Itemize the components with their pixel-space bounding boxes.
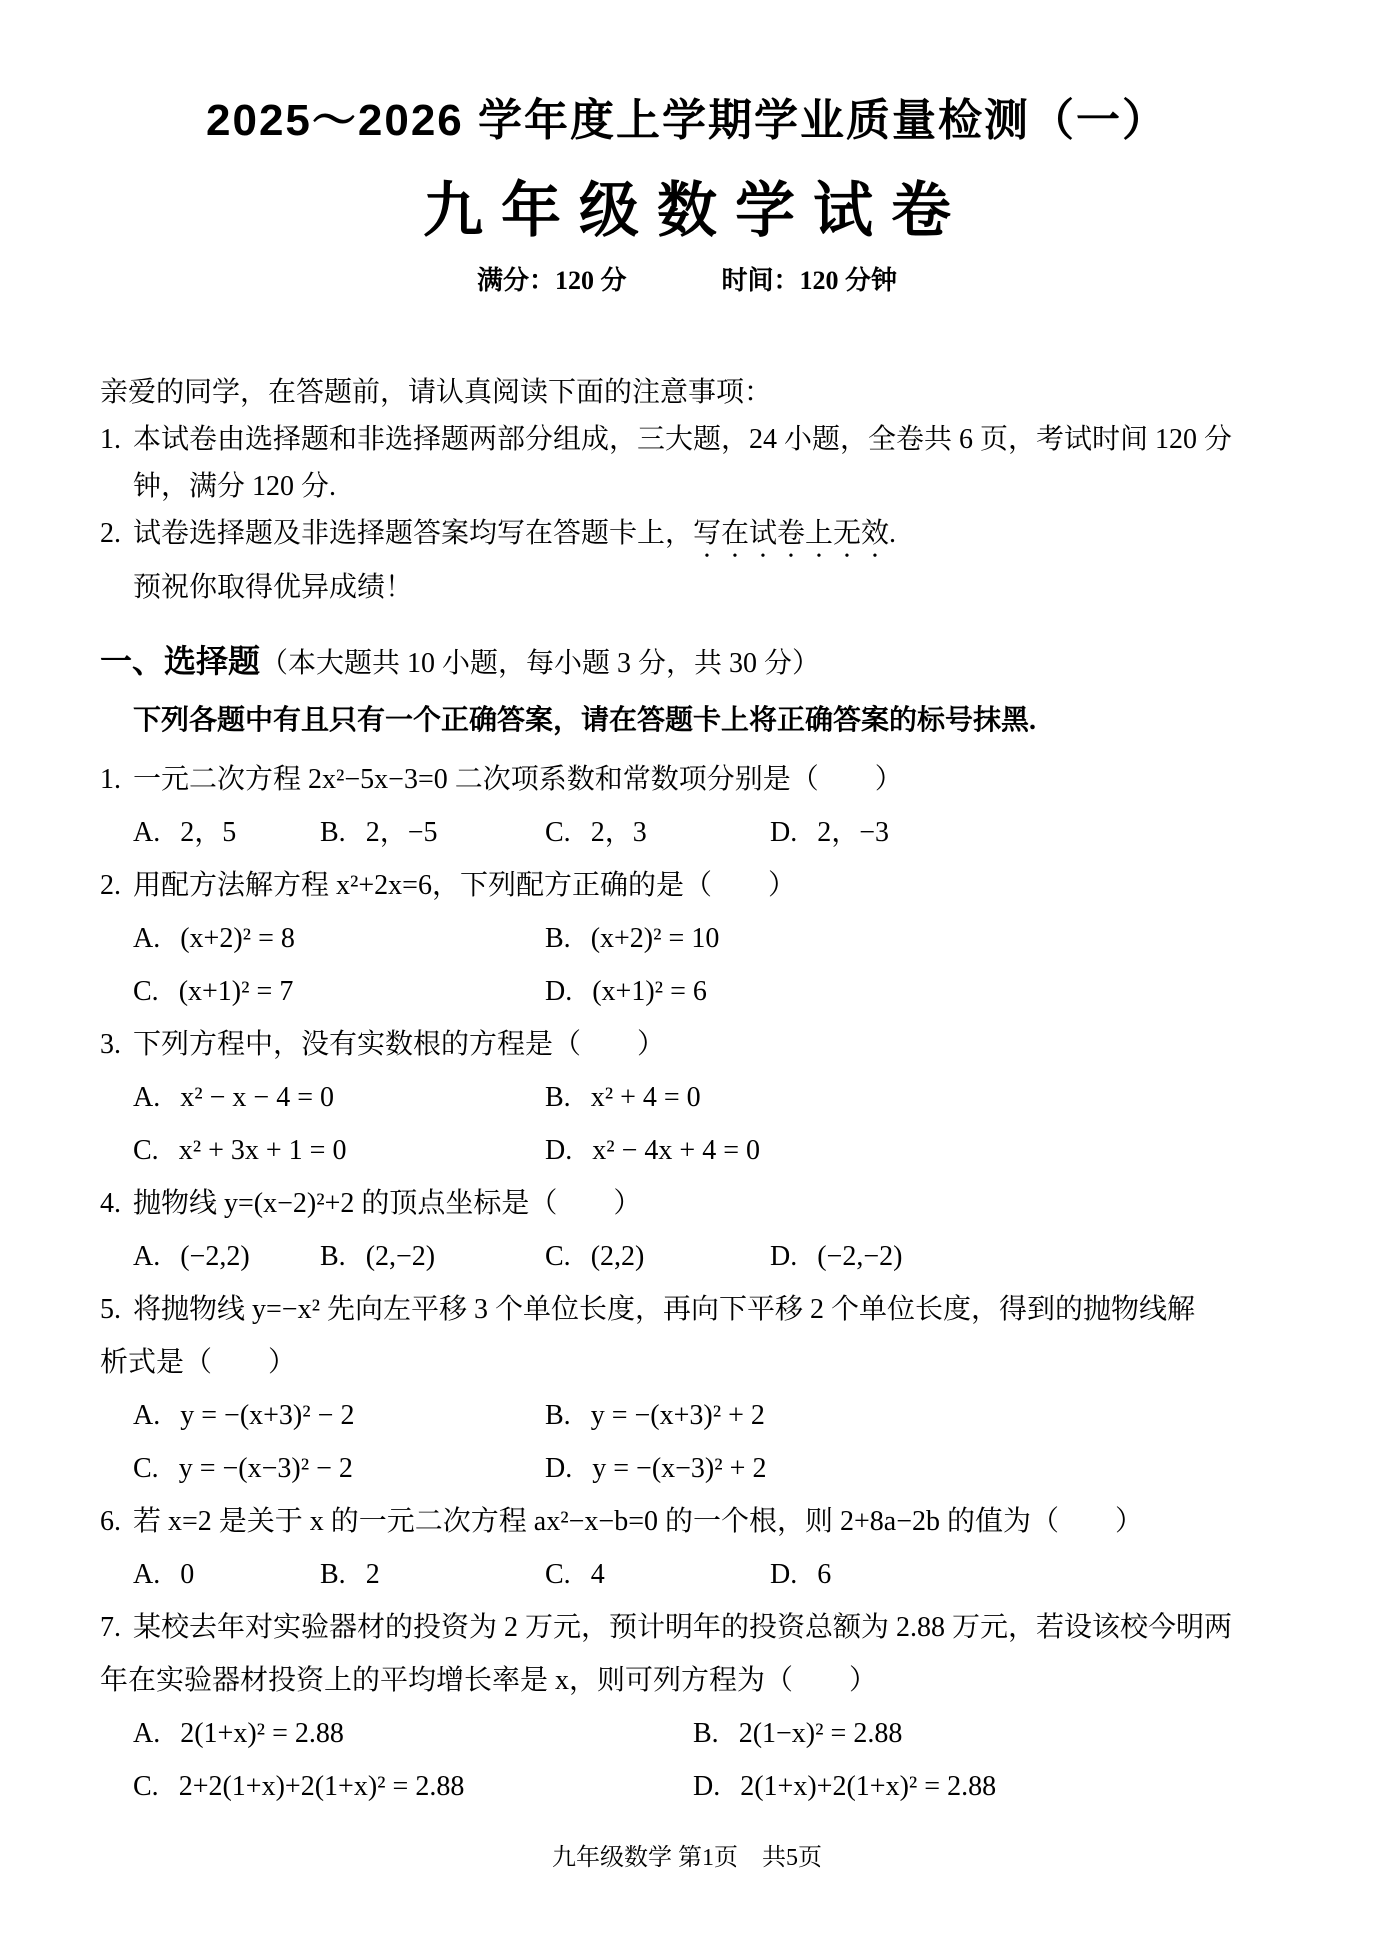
- option-text: (x+2)² = 8: [180, 923, 295, 954]
- notice-item-2-plain: 试卷选择题及非选择题答案均写在答题卡上，: [133, 518, 693, 549]
- question-6-option-c: C.4: [545, 1553, 770, 1597]
- option-label: A.: [133, 1076, 160, 1120]
- paper-title: 九年级数学试卷: [100, 176, 1274, 245]
- option-text: y = −(x+3)² + 2: [591, 1400, 765, 1431]
- option-text: 2，−3: [817, 817, 889, 848]
- question-1-option-a: A.2，5: [133, 811, 320, 855]
- option-label: C.: [545, 1235, 571, 1279]
- option-label: B.: [693, 1712, 719, 1756]
- question-2-option-d: D.(x+1)² = 6: [545, 970, 1274, 1014]
- option-label: C.: [133, 970, 159, 1014]
- question-4-option-b: B.(2,−2): [320, 1235, 545, 1279]
- question-7-option-c: C.2+2(1+x)+2(1+x)² = 2.88: [133, 1765, 693, 1809]
- option-text: x² − x − 4 = 0: [180, 1082, 334, 1113]
- question-3-options: A.x² − x − 4 = 0 B.x² + 4 = 0 C.x² + 3x …: [133, 1076, 1274, 1173]
- question-2-text: 用配方法解方程 x²+2x=6，下列配方正确的是（ ）: [133, 864, 1274, 908]
- question-4-option-c: C.(2,2): [545, 1235, 770, 1279]
- option-label: D.: [770, 1235, 797, 1279]
- question-4-options: A.(−2,2) B.(2,−2) C.(2,2) D.(−2,−2): [133, 1235, 1274, 1279]
- notice-item-2: 2. 试卷选择题及非选择题答案均写在答题卡上，写在试卷上无效.: [100, 510, 1274, 564]
- question-5-options: A.y = −(x+3)² − 2 B.y = −(x+3)² + 2 C.y …: [133, 1394, 1274, 1491]
- page-footer: 九年级数学 第1页 共5页: [0, 1843, 1374, 1874]
- option-label: A.: [133, 1553, 160, 1597]
- question-4-text: 抛物线 y=(x−2)²+2 的顶点坐标是（ ）: [133, 1182, 1274, 1226]
- section-1-title: 一、选择题: [100, 643, 260, 679]
- option-text: y = −(x−3)² − 2: [179, 1453, 353, 1484]
- exam-session-title: 2025～2026 学年度上学期学业质量检测（一）: [100, 95, 1274, 148]
- question-6: 6. 若 x=2 是关于 x 的一元二次方程 ax²−x−b=0 的一个根，则 …: [100, 1500, 1274, 1597]
- option-label: D.: [770, 1553, 797, 1597]
- question-4: 4. 抛物线 y=(x−2)²+2 的顶点坐标是（ ） A.(−2,2) B.(…: [100, 1182, 1274, 1279]
- notice-greeting: 亲爱的同学，在答题前，请认真阅读下面的注意事项：: [100, 369, 1274, 416]
- question-7-text: 某校去年对实验器材的投资为 2 万元，预计明年的投资总额为 2.88 万元，若设…: [133, 1606, 1274, 1650]
- question-2-option-c: C.(x+1)² = 7: [133, 970, 545, 1014]
- option-text: 2(1+x)² = 2.88: [180, 1718, 344, 1749]
- question-2-options: A.(x+2)² = 8 B.(x+2)² = 10 C.(x+1)² = 7 …: [133, 917, 1274, 1014]
- section-1-heading: 一、选择题（本大题共 10 小题，每小题 3 分，共 30 分）: [100, 641, 1274, 684]
- option-label: D.: [545, 1129, 572, 1173]
- notice-item-1-text: 本试卷由选择题和非选择题两部分组成，三大题，24 小题，全卷共 6 页，考试时间…: [133, 416, 1274, 510]
- question-1-text: 一元二次方程 2x²−5x−3=0 二次项系数和常数项分别是（ ）: [133, 758, 1274, 802]
- question-list: 1. 一元二次方程 2x²−5x−3=0 二次项系数和常数项分别是（ ） A.2…: [100, 758, 1274, 1809]
- option-label: C.: [133, 1765, 159, 1809]
- notice-wish: 预祝你取得优异成绩！: [133, 564, 1274, 611]
- notice-item-2-emphasized: 写在试卷上无效: [693, 518, 889, 549]
- section-1-instruction: 下列各题中有且只有一个正确答案，请在答题卡上将正确答案的标号抹黑.: [133, 700, 1274, 742]
- option-text: (x+1)² = 7: [179, 976, 294, 1007]
- question-3-option-a: A.x² − x − 4 = 0: [133, 1076, 545, 1120]
- option-text: 2: [366, 1559, 380, 1590]
- question-3-number: 3.: [100, 1023, 133, 1067]
- question-3-option-c: C.x² + 3x + 1 = 0: [133, 1129, 545, 1173]
- question-1-option-c: C.2，3: [545, 811, 770, 855]
- question-5-text: 将抛物线 y=−x² 先向左平移 3 个单位长度，再向下平移 2 个单位长度，得…: [133, 1288, 1274, 1332]
- notice-item-2-text: 试卷选择题及非选择题答案均写在答题卡上，写在试卷上无效.: [133, 510, 1274, 564]
- question-6-text: 若 x=2 是关于 x 的一元二次方程 ax²−x−b=0 的一个根，则 2+8…: [133, 1500, 1274, 1544]
- option-label: C.: [545, 811, 571, 855]
- option-label: A.: [133, 811, 160, 855]
- question-2-number: 2.: [100, 864, 133, 908]
- option-label: D.: [693, 1765, 720, 1809]
- option-text: 2(1+x)+2(1+x)² = 2.88: [740, 1771, 996, 1802]
- option-text: 2+2(1+x)+2(1+x)² = 2.88: [179, 1771, 465, 1802]
- option-text: 4: [591, 1559, 605, 1590]
- full-score-label: 满分：120 分: [477, 265, 627, 298]
- question-3: 3. 下列方程中，没有实数根的方程是（ ） A.x² − x − 4 = 0 B…: [100, 1023, 1274, 1173]
- duration-label: 时间：120 分钟: [722, 265, 898, 298]
- option-text: x² − 4x + 4 = 0: [592, 1135, 760, 1166]
- option-text: (−2,−2): [817, 1241, 902, 1272]
- option-label: C.: [133, 1129, 159, 1173]
- option-label: B.: [320, 811, 346, 855]
- score-time-row: 满分：120 分 时间：120 分钟: [100, 265, 1274, 298]
- question-1-option-d: D.2，−3: [770, 811, 1274, 855]
- question-1: 1. 一元二次方程 2x²−5x−3=0 二次项系数和常数项分别是（ ） A.2…: [100, 758, 1274, 855]
- question-7-option-d: D.2(1+x)+2(1+x)² = 2.88: [693, 1765, 1274, 1809]
- question-7-option-a: A.2(1+x)² = 2.88: [133, 1712, 693, 1756]
- option-text: 2，3: [591, 817, 647, 848]
- question-2-option-a: A.(x+2)² = 8: [133, 917, 545, 961]
- option-label: B.: [545, 1394, 571, 1438]
- question-4-number: 4.: [100, 1182, 133, 1226]
- question-4-option-a: A.(−2,2): [133, 1235, 320, 1279]
- question-5-number: 5.: [100, 1288, 133, 1332]
- option-label: A.: [133, 1235, 160, 1279]
- notice-item-2-number: 2.: [100, 510, 133, 564]
- question-5-option-b: B.y = −(x+3)² + 2: [545, 1394, 1274, 1438]
- question-5-option-d: D.y = −(x−3)² + 2: [545, 1447, 1274, 1491]
- option-text: 0: [180, 1559, 194, 1590]
- question-5-option-a: A.y = −(x+3)² − 2: [133, 1394, 545, 1438]
- notice-item-2-period: .: [889, 518, 896, 549]
- option-text: x² + 3x + 1 = 0: [179, 1135, 347, 1166]
- option-label: A.: [133, 1712, 160, 1756]
- question-7-option-b: B.2(1−x)² = 2.88: [693, 1712, 1274, 1756]
- option-label: C.: [133, 1447, 159, 1491]
- question-1-option-b: B.2，−5: [320, 811, 545, 855]
- question-3-text: 下列方程中，没有实数根的方程是（ ）: [133, 1023, 1274, 1067]
- question-2: 2. 用配方法解方程 x²+2x=6，下列配方正确的是（ ） A.(x+2)² …: [100, 864, 1274, 1014]
- option-label: B.: [545, 917, 571, 961]
- option-text: (2,−2): [366, 1241, 435, 1272]
- option-label: B.: [320, 1553, 346, 1597]
- question-4-option-d: D.(−2,−2): [770, 1235, 1274, 1279]
- option-text: 2，5: [180, 817, 236, 848]
- option-label: D.: [545, 970, 572, 1014]
- notice-item-1: 1. 本试卷由选择题和非选择题两部分组成，三大题，24 小题，全卷共 6 页，考…: [100, 416, 1274, 510]
- option-text: y = −(x+3)² − 2: [180, 1400, 354, 1431]
- option-text: 2，−5: [366, 817, 438, 848]
- option-label: D.: [770, 811, 797, 855]
- option-label: A.: [133, 917, 160, 961]
- question-5-text-continued: 析式是（ ）: [100, 1341, 1274, 1385]
- question-2-option-b: B.(x+2)² = 10: [545, 917, 1274, 961]
- notice-item-1-number: 1.: [100, 416, 133, 510]
- option-text: x² + 4 = 0: [591, 1082, 701, 1113]
- option-text: (x+1)² = 6: [592, 976, 707, 1007]
- option-label: A.: [133, 1394, 160, 1438]
- question-7-number: 7.: [100, 1606, 133, 1650]
- question-7: 7. 某校去年对实验器材的投资为 2 万元，预计明年的投资总额为 2.88 万元…: [100, 1606, 1274, 1809]
- option-text: y = −(x−3)² + 2: [592, 1453, 766, 1484]
- question-1-options: A.2，5 B.2，−5 C.2，3 D.2，−3: [133, 811, 1274, 855]
- option-label: D.: [545, 1447, 572, 1491]
- question-5: 5. 将抛物线 y=−x² 先向左平移 3 个单位长度，再向下平移 2 个单位长…: [100, 1288, 1274, 1491]
- option-text: 2(1−x)² = 2.88: [739, 1718, 903, 1749]
- question-5-option-c: C.y = −(x−3)² − 2: [133, 1447, 545, 1491]
- option-text: (2,2): [591, 1241, 645, 1272]
- option-text: (x+2)² = 10: [591, 923, 720, 954]
- question-1-number: 1.: [100, 758, 133, 802]
- question-6-number: 6.: [100, 1500, 133, 1544]
- question-6-option-b: B.2: [320, 1553, 545, 1597]
- question-6-option-d: D.6: [770, 1553, 1274, 1597]
- question-6-option-a: A.0: [133, 1553, 320, 1597]
- option-text: (−2,2): [180, 1241, 249, 1272]
- question-6-options: A.0 B.2 C.4 D.6: [133, 1553, 1274, 1597]
- question-7-text-continued: 年在实验器材投资上的平均增长率是 x，则可列方程为（ ）: [100, 1659, 1274, 1703]
- exam-paper-page: 2025～2026 学年度上学期学业质量检测（一） 九年级数学试卷 满分：120…: [0, 0, 1374, 1942]
- question-7-options: A.2(1+x)² = 2.88 B.2(1−x)² = 2.88 C.2+2(…: [133, 1712, 1274, 1809]
- option-label: B.: [320, 1235, 346, 1279]
- section-1-note: （本大题共 10 小题，每小题 3 分，共 30 分）: [260, 648, 820, 679]
- question-3-option-b: B.x² + 4 = 0: [545, 1076, 1274, 1120]
- option-label: C.: [545, 1553, 571, 1597]
- option-label: B.: [545, 1076, 571, 1120]
- notice-section: 亲爱的同学，在答题前，请认真阅读下面的注意事项： 1. 本试卷由选择题和非选择题…: [100, 369, 1274, 611]
- question-3-option-d: D.x² − 4x + 4 = 0: [545, 1129, 1274, 1173]
- option-text: 6: [817, 1559, 831, 1590]
